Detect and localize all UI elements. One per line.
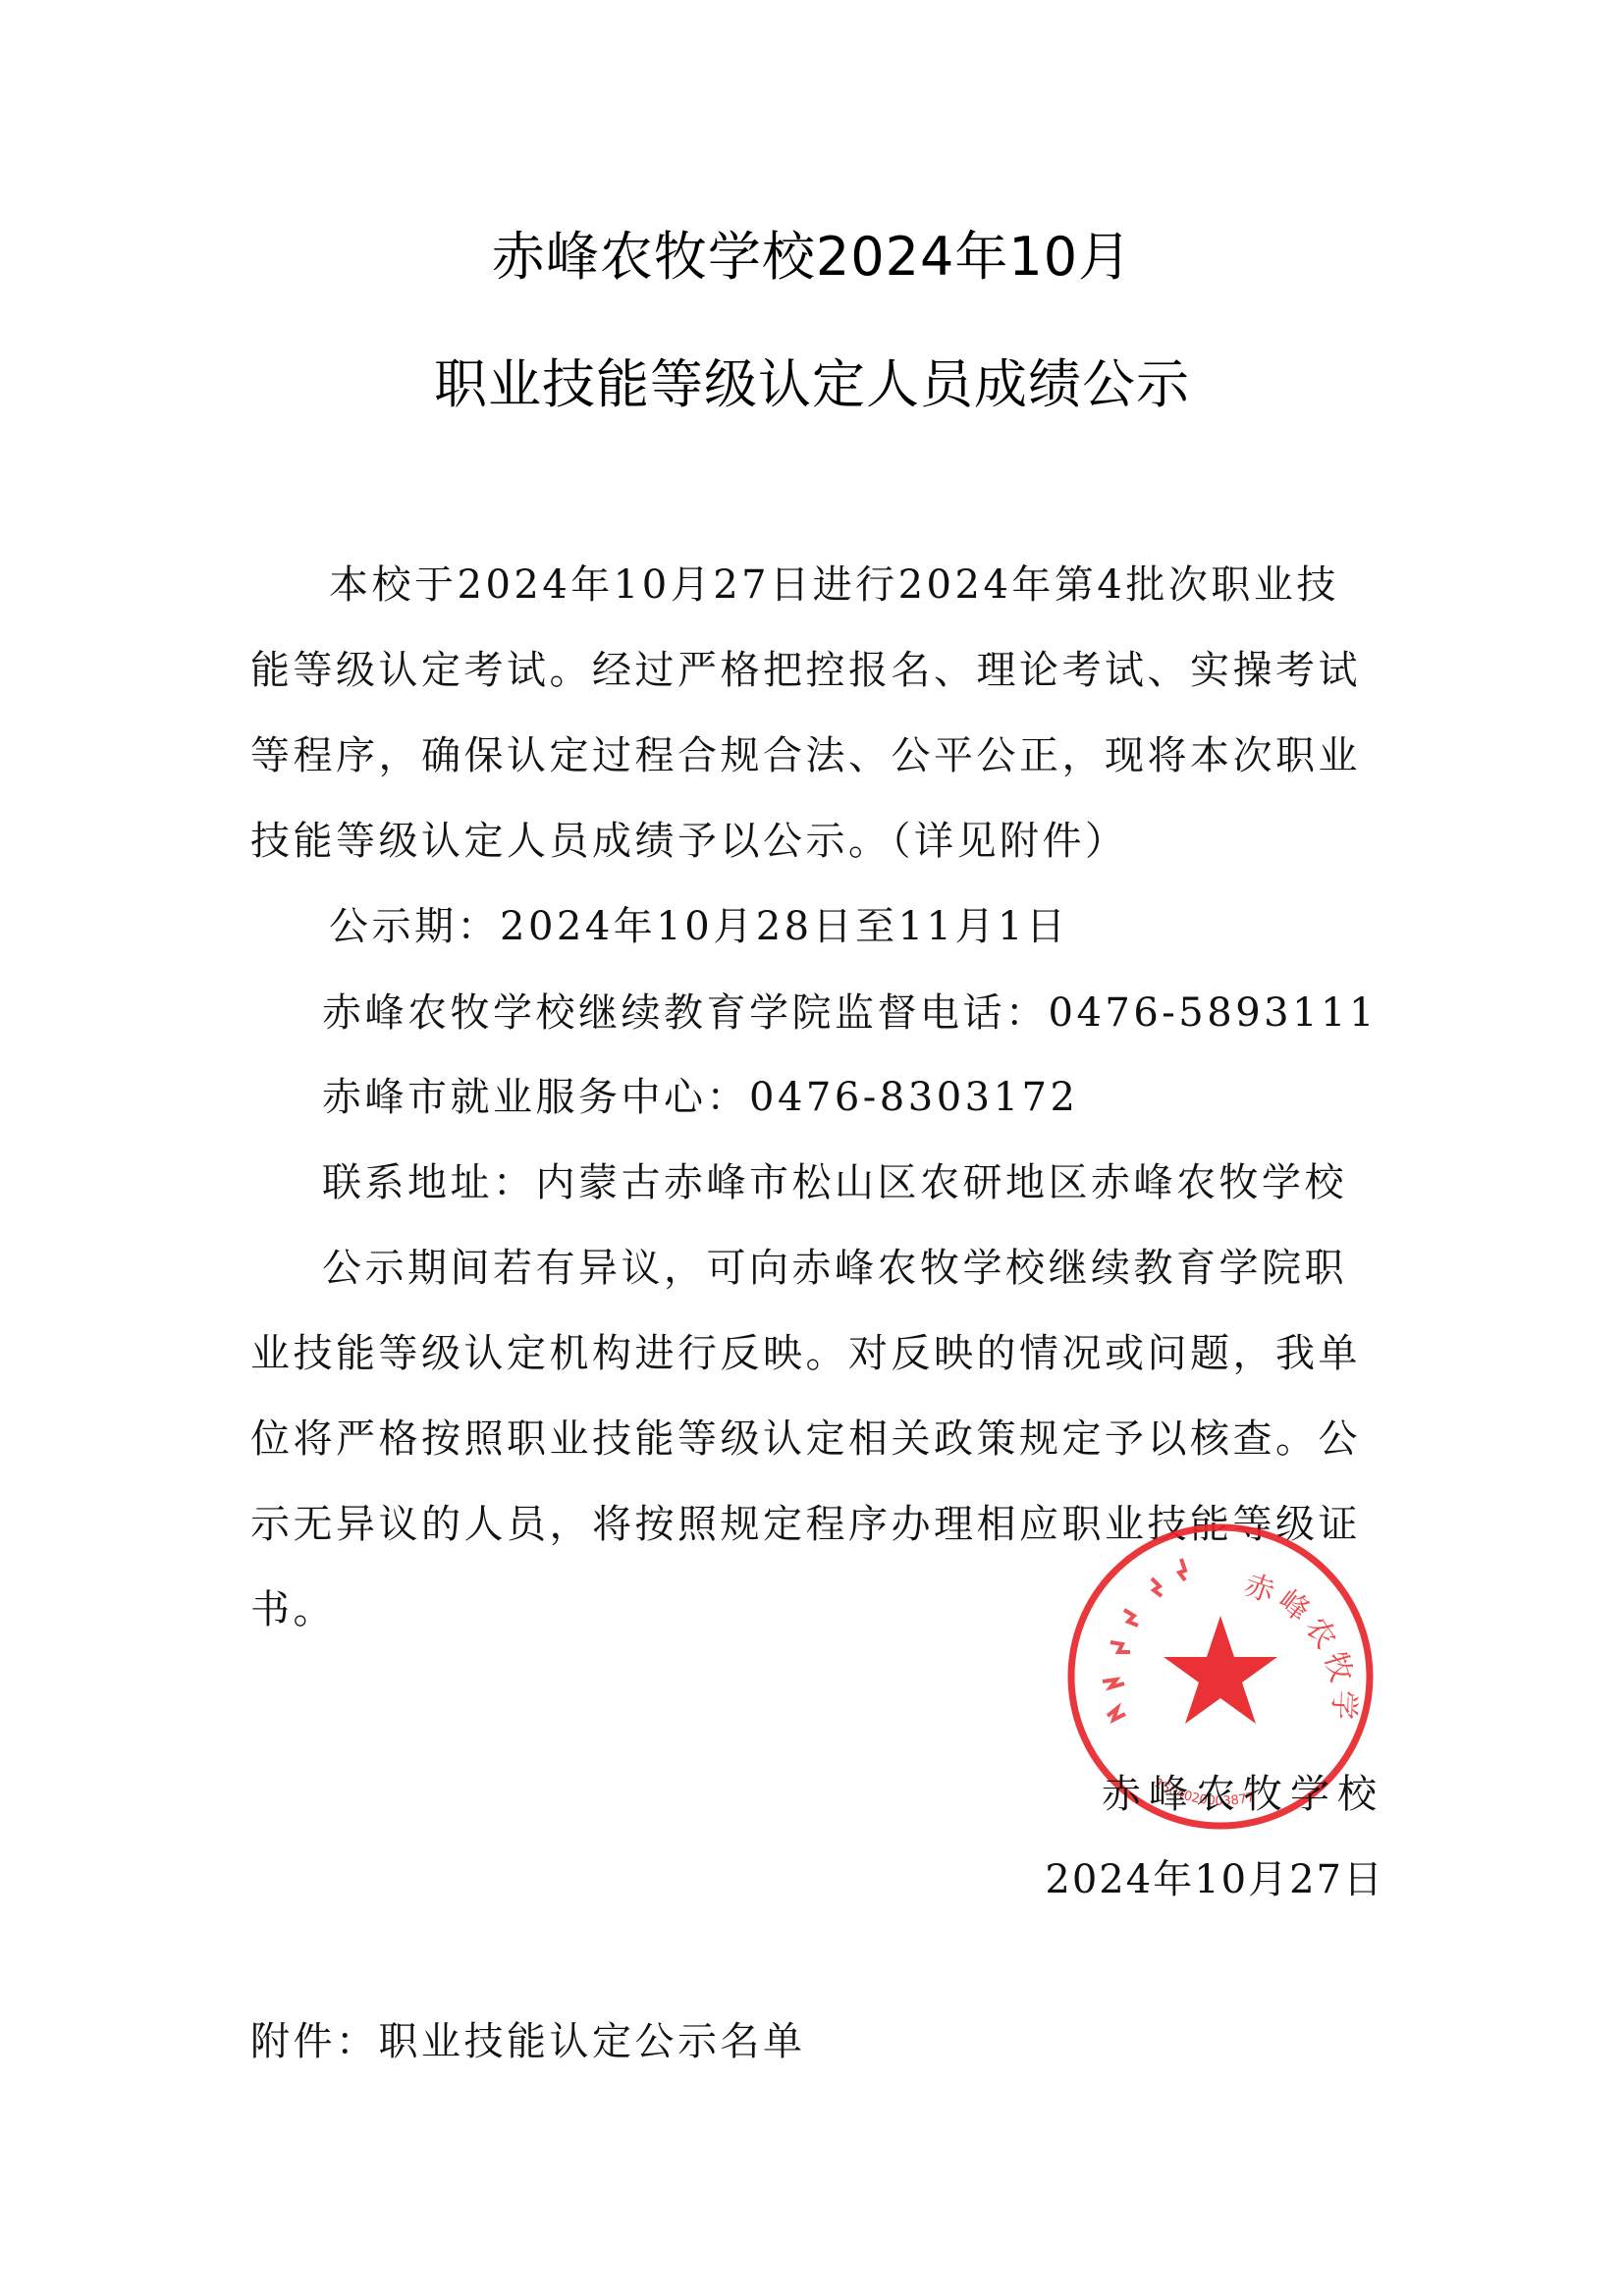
signature-date: 2024年10月27日 <box>1045 1848 1384 1904</box>
title-line-1: 赤峰农牧学校2024年10月 <box>0 228 1624 287</box>
objection-line-2: 业技能等级认定机构进行反映。对反映的情况或问题，我单 <box>250 1330 1389 1377</box>
title-line-2: 职业技能等级认定人员成绩公示 <box>0 355 1624 414</box>
intro-line-1: 本校于2024年10月27日进行2024年第4批次职业技 <box>329 561 1468 609</box>
intro-line-2: 能等级认定考试。经过严格把控报名、理论考试、实操考试 <box>250 647 1389 694</box>
objection-line-1: 公示期间若有异议，可向赤峰农牧学校继续教育学院职 <box>322 1245 1461 1292</box>
intro-line-3: 等程序，确保认定过程合规合法、公平公正，现将本次职业 <box>250 732 1389 779</box>
objection-line-3: 位将严格按照职业技能等级认定相关政策规定予以核查。公 <box>250 1415 1389 1463</box>
attachment-note: 附件：职业技能认定公示名单 <box>250 2018 1389 2065</box>
contact-address: 联系地址：内蒙古赤峰市松山区农研地区赤峰农牧学校 <box>322 1159 1461 1206</box>
supervision-phone: 赤峰农牧学校继续教育学院监督电话：0476-5893111 <box>322 989 1461 1037</box>
publicity-period: 公示期：2024年10月28日至11月1日 <box>329 903 1468 950</box>
employment-center-phone: 赤峰市就业服务中心：0476-8303172 <box>322 1074 1461 1121</box>
document-page: 赤峰农牧学校2024年10月 职业技能等级认定人员成绩公示 本校于2024年10… <box>0 0 1624 2296</box>
intro-line-4: 技能等级认定人员成绩予以公示。（详见附件） <box>250 818 1389 865</box>
signature-organization: 赤峰农牧学校 <box>1102 1763 1384 1819</box>
